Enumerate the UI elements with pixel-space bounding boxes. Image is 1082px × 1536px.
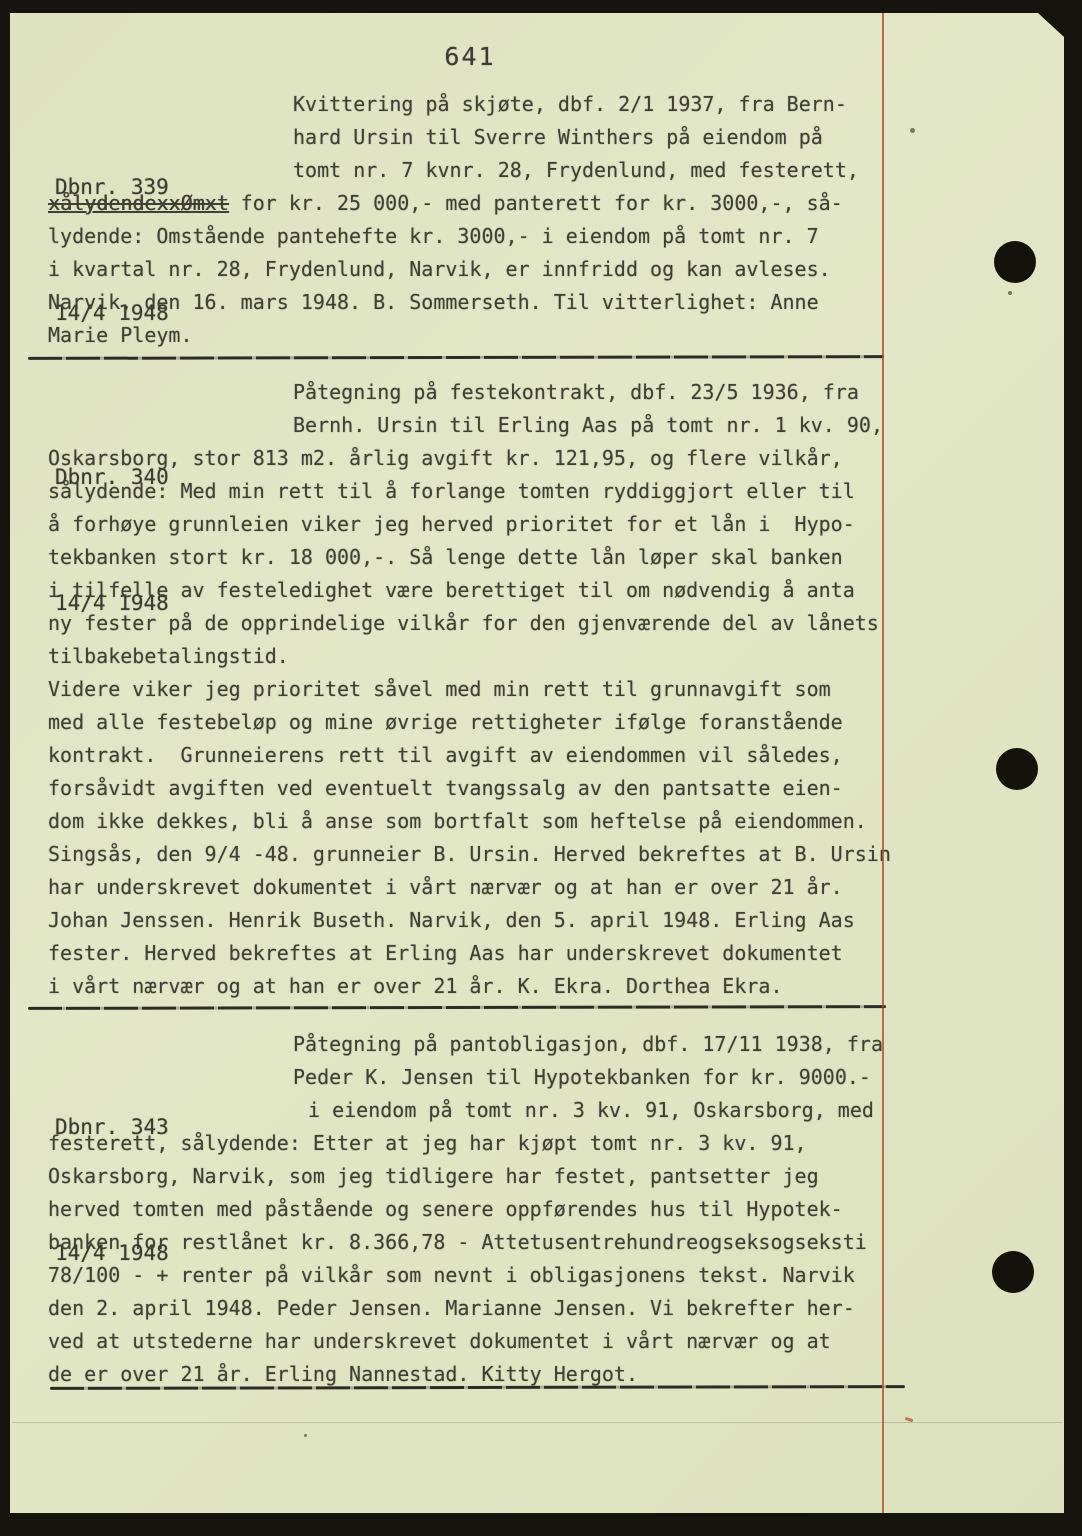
text-line: Peder K. Jensen til Hypotekbanken for kr…	[293, 1061, 883, 1094]
page-number: 641	[0, 42, 940, 71]
text-line: å forhøye grunnleien viker jeg herved pr…	[48, 508, 891, 541]
text-line: forsåvidt avgiften ved eventuelt tvangss…	[48, 772, 891, 805]
text-line: Marie Pleym.	[48, 319, 859, 352]
text-line: Narvik, den 16. mars 1948. B. Sommerseth…	[48, 286, 859, 319]
punch-hole	[992, 1251, 1034, 1293]
text-line: Johan Jenssen. Henrik Buseth. Narvik, de…	[48, 904, 891, 937]
text-line: festerett, sålydende: Etter at jeg har k…	[48, 1127, 883, 1160]
margin-red-line	[882, 13, 884, 1513]
text-line: hard Ursin til Sverre Winthers på eiendo…	[293, 121, 859, 154]
text-line: Singsås, den 9/4 -48. grunneier B. Ursin…	[48, 838, 891, 871]
paper-speck	[304, 1434, 307, 1437]
text-line: med alle festebeløp og mine øvrige retti…	[48, 706, 891, 739]
entry-339-text: Kvittering på skjøte, dbf. 2/1 1937, fra…	[48, 88, 859, 352]
line-text: for kr. 25 000,- med panterett for kr. 3…	[229, 191, 843, 215]
text-line: i kvartal nr. 28, Frydenlund, Narvik, er…	[48, 253, 859, 286]
text-line: banken for restlånet kr. 8.366,78 - Atte…	[48, 1226, 883, 1259]
text-line: lydende: Omstående pantehefte kr. 3000,-…	[48, 220, 859, 253]
text-line: i eiendom på tomt nr. 3 kv. 91, Oskarsbo…	[308, 1094, 883, 1127]
text-line: ny fester på de opprindelige vilkår for …	[48, 607, 891, 640]
text-line: herved tomten med påstående og senere op…	[48, 1193, 883, 1226]
text-line: Videre viker jeg prioritet såvel med min…	[48, 673, 891, 706]
paper-speck	[1008, 291, 1012, 295]
text-line: Oskarsborg, stor 813 m2. årlig avgift kr…	[48, 442, 891, 475]
punch-hole	[994, 241, 1036, 283]
text-line: i vårt nærvær og at han er over 21 år. K…	[48, 970, 891, 1003]
text-line: Kvittering på skjøte, dbf. 2/1 1937, fra…	[293, 88, 859, 121]
scanned-register-page: { "page": { "number": "641" }, "colors":…	[0, 0, 1082, 1536]
text-line: xålydendexxØmxt for kr. 25 000,- med pan…	[48, 187, 859, 220]
text-line: den 2. april 1948. Peder Jensen. Mariann…	[48, 1292, 883, 1325]
text-line: kontrakt. Grunneierens rett til avgift a…	[48, 739, 891, 772]
text-line: tomt nr. 7 kvnr. 28, Frydenlund, med fes…	[293, 154, 859, 187]
text-line: 78/100 - + renter på vilkår som nevnt i …	[48, 1259, 883, 1292]
text-line: tilbakebetalingstid.	[48, 640, 891, 673]
text-line: har underskrevet dokumentet i vårt nærvæ…	[48, 871, 891, 904]
text-line: i tilfelle av festeledighet være beretti…	[48, 574, 891, 607]
paper-speck	[910, 128, 915, 133]
entry-343-text: Påtegning på pantobligasjon, dbf. 17/11 …	[48, 1028, 883, 1391]
text-line: dom ikke dekkes, bli å anse som bortfalt…	[48, 805, 891, 838]
text-line: Oskarsborg, Narvik, som jeg tidligere ha…	[48, 1160, 883, 1193]
punch-hole	[996, 748, 1038, 790]
text-line: sålydende: Med min rett til å forlange t…	[48, 475, 891, 508]
text-line: tekbanken stort kr. 18 000,-. Så lenge d…	[48, 541, 891, 574]
entry-340-text: Påtegning på festekontrakt, dbf. 23/5 19…	[48, 376, 891, 1003]
text-line: ved at utstederne har underskrevet dokum…	[48, 1325, 883, 1358]
text-line: Bernh. Ursin til Erling Aas på tomt nr. …	[293, 409, 891, 442]
text-line: Påtegning på festekontrakt, dbf. 23/5 19…	[293, 376, 891, 409]
text-line: Påtegning på pantobligasjon, dbf. 17/11 …	[293, 1028, 883, 1061]
scan-artifact-line	[12, 1422, 1062, 1423]
struck-text: xålydendexxØmxt	[48, 191, 229, 215]
text-line: fester. Herved bekreftes at Erling Aas h…	[48, 937, 891, 970]
